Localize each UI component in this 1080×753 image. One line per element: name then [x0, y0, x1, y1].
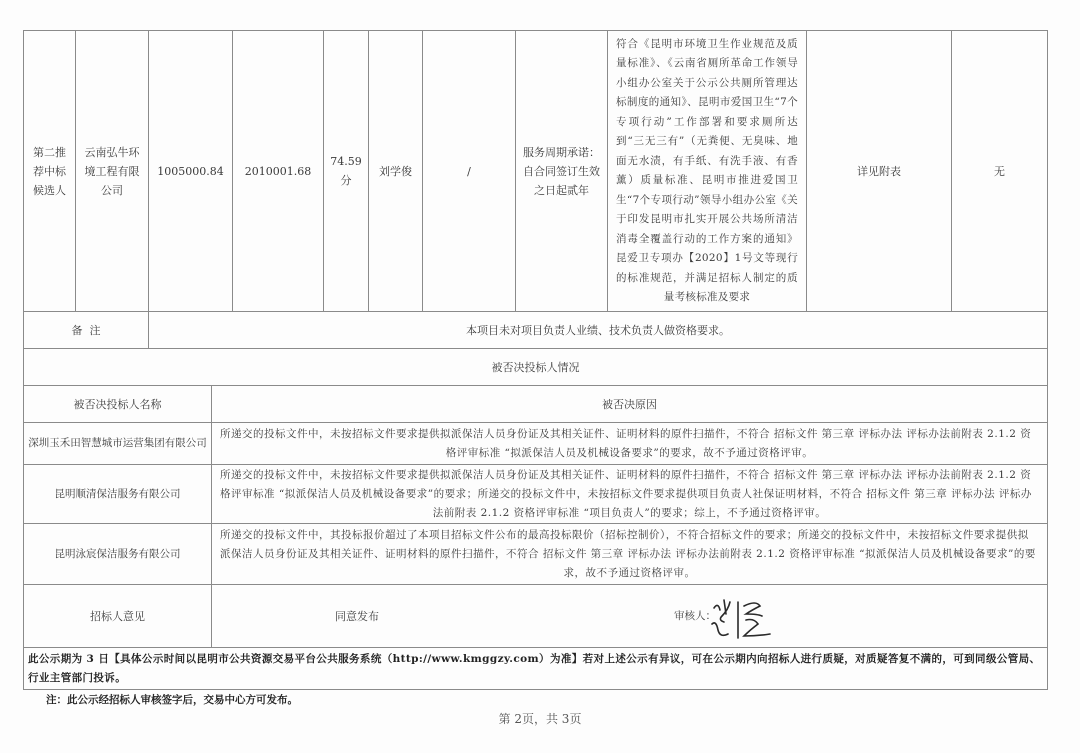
candidate-company: 云南弘牛环境工程有限公司 [82, 143, 142, 200]
rejected-name: 昆明顺清保洁服务有限公司 [55, 485, 181, 504]
rejected-reason: 所递交的投标文件中，未按招标文件要求提供拟派保洁人员身份证及其相关证件、证明材料… [220, 466, 1039, 523]
rejected-name: 昆明泳宸保洁服务有限公司 [55, 545, 181, 564]
public-notice-text: 此公示期为 3 日【具体公示时间以昆明市公共资源交易平台公共服务系统（http:… [28, 653, 1040, 684]
rejected-name: 深圳玉禾田智慧城市运营集团有限公司 [28, 434, 207, 453]
rejected-reason: 所递交的投标文件中，未按招标文件要求提供拟派保洁人员身份证及其相关证件、证明材料… [220, 425, 1039, 463]
footnote: 注：此公示经招标人审核签字后，交易中心方可发布。 [46, 691, 298, 709]
remarks-label: 备 注 [72, 321, 101, 340]
rejected-reason: 所递交的投标文件中，其投标报价超过了本项目招标文件公布的最高投标限价（招标控制价… [220, 526, 1039, 583]
opinion-label: 招标人意见 [90, 607, 145, 626]
candidate-other: / [467, 162, 471, 181]
candidate-rank: 第二推荐中标候选人 [30, 143, 70, 200]
candidate-details: 详见附表 [857, 162, 901, 181]
candidate-score: 74.59分 [329, 152, 363, 190]
candidate-bid-price: 1005000.84 [157, 162, 223, 181]
candidate-quality-standard: 符合《昆明市环境卫生作业规范及质量标准》、《云南省厕所革命工作领导小组办公室关于… [616, 35, 798, 308]
reviewer-signature [708, 594, 778, 644]
candidate-service-period: 服务周期承诺：自合同签订生效之日起贰年 [522, 143, 602, 200]
candidate-total-price: 2010001.68 [245, 162, 311, 181]
page-indicator: 第 2页，共 3页 [0, 710, 1080, 727]
public-notice: 此公示期为 3 日【具体公示时间以昆明市公共资源交易平台公共服务系统（http:… [28, 650, 1043, 688]
signature-icon [708, 594, 778, 644]
rejected-col-reason: 被否决原因 [602, 395, 657, 414]
opinion-value: 同意发布 [335, 607, 379, 626]
rejected-col-name: 被否决投标人名称 [74, 395, 162, 414]
remarks-text: 本项目未对项目负责人业绩、技术负责人做资格要求。 [466, 321, 730, 340]
candidate-project-manager: 刘学俊 [379, 162, 412, 181]
rejected-section-title: 被否决投标人情况 [492, 358, 580, 377]
candidate-remarks: 无 [994, 162, 1005, 181]
